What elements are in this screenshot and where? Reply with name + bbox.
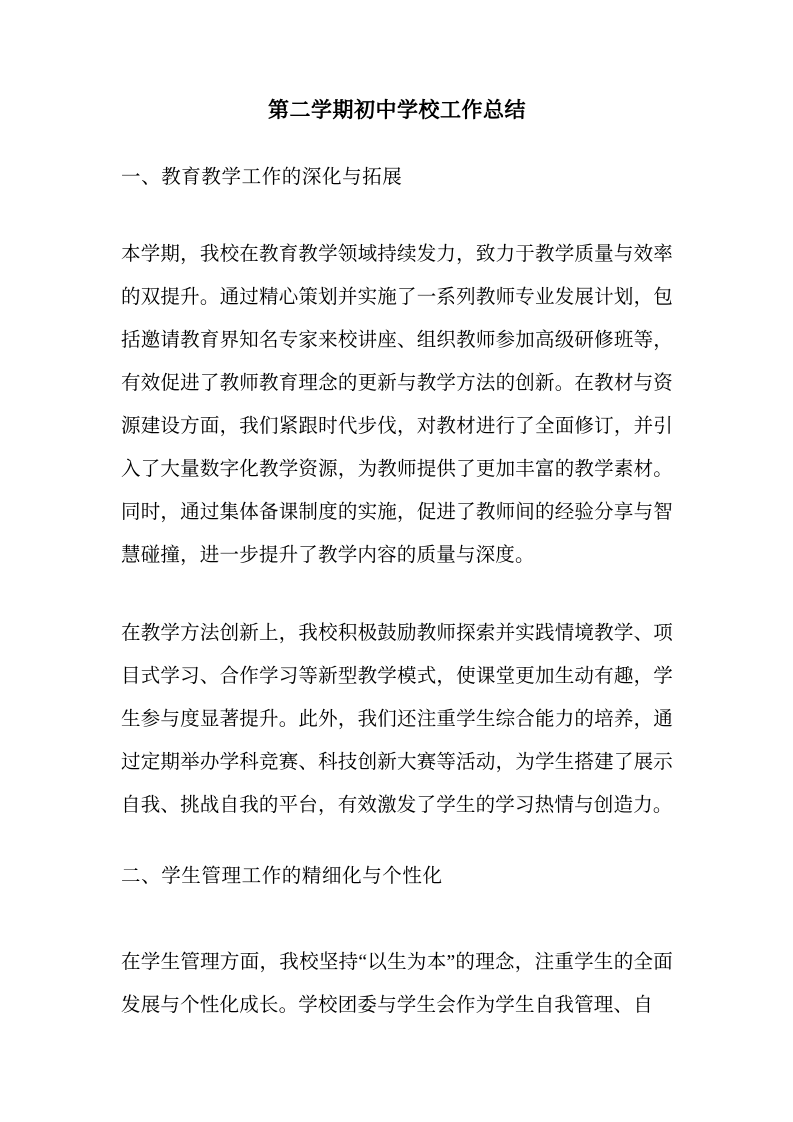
paragraph-1: 本学期，我校在教育教学领域持续发力，致力于教学质量与效率的双提升。通过精心策划并… [121,233,673,577]
document-page: 第二学期初中学校工作总结 一、教育教学工作的深化与拓展 本学期，我校在教育教学领… [0,0,793,1122]
section-heading-1: 一、教育教学工作的深化与拓展 [121,156,673,199]
paragraph-2: 在教学方法创新上，我校积极鼓励教师探索并实践情境教学、项目式学习、合作学习等新型… [121,612,673,827]
section-heading-2: 二、学生管理工作的精细化与个性化 [121,855,673,898]
document-title: 第二学期初中学校工作总结 [121,95,673,125]
paragraph-3: 在学生管理方面，我校坚持“以生为本”的理念，注重学生的全面发展与个性化成长。学校… [121,941,673,1027]
